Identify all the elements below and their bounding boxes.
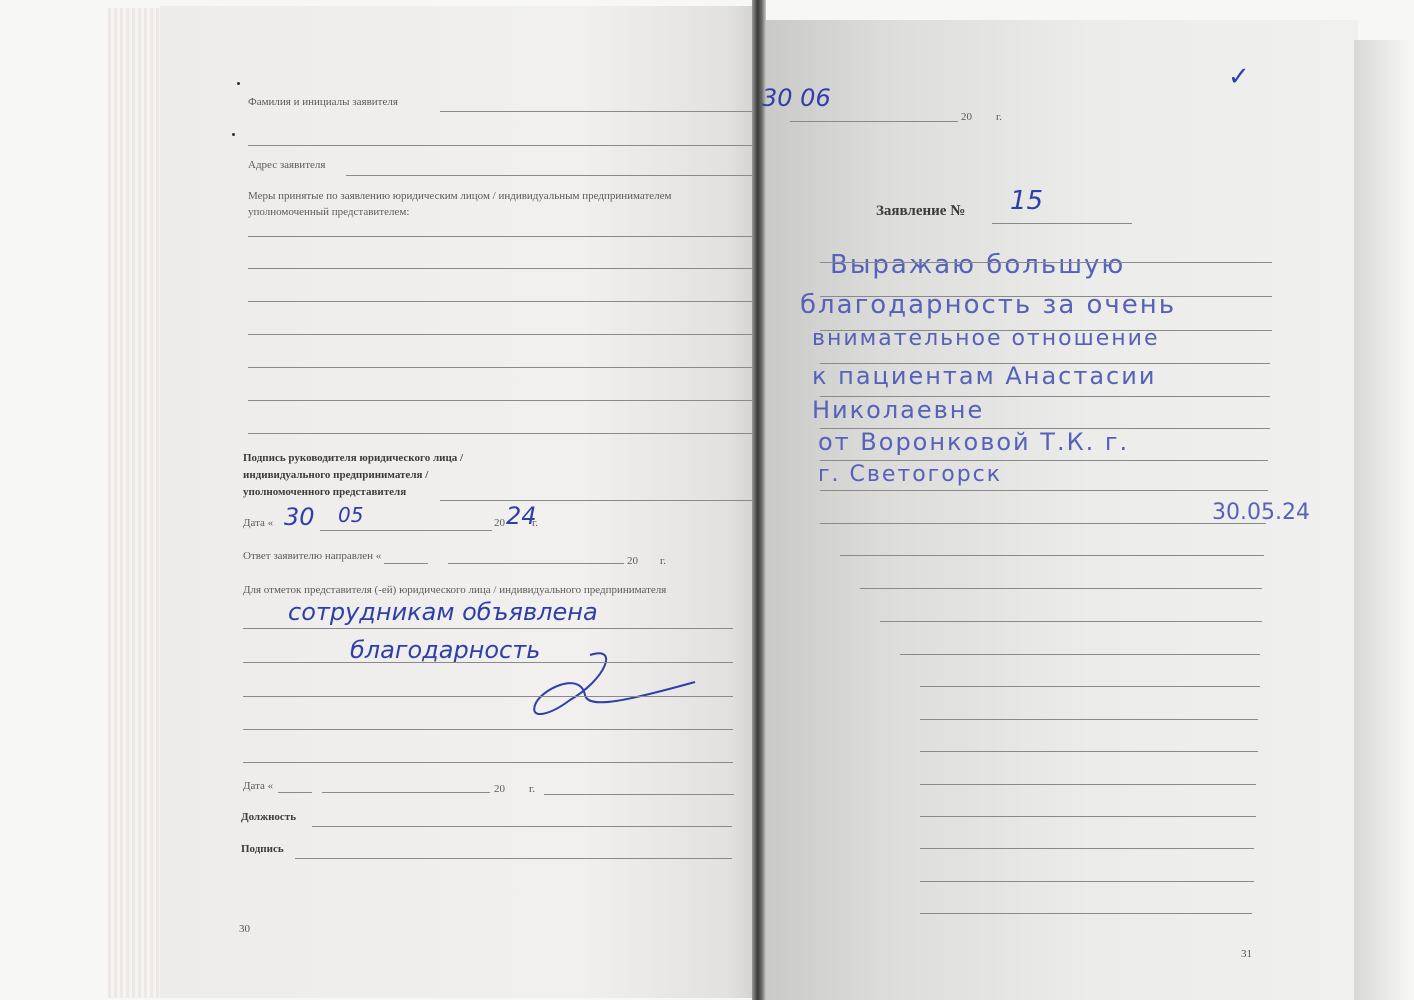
punch-dot [237,82,240,85]
signature-label: Подпись [241,843,284,855]
measures-line[interactable] [248,268,752,269]
marks-line[interactable] [243,762,733,763]
statement-line[interactable] [900,654,1260,655]
head-signature-field[interactable] [440,500,752,501]
statement-line[interactable] [820,262,1272,263]
page-stack-edge [108,8,168,998]
statement-number-handwritten: 15 [1010,186,1043,216]
measures-label: Меры принятые по заявлению юридическим л… [248,190,672,202]
head-signature-label-2: индивидуального предпринимателя / [243,469,428,481]
top-date-handwritten: 30 06 [762,84,831,112]
page-number-left: 30 [239,923,250,935]
statement-line[interactable] [820,490,1268,491]
book-spine [752,0,766,1000]
statement-line[interactable] [840,555,1264,556]
marks-line[interactable] [243,662,733,663]
page-number-right: 31 [1241,948,1252,960]
reply-day-field[interactable] [384,563,428,564]
statement-line-2: благодарность за очень [800,290,1176,320]
statement-line[interactable] [820,330,1272,331]
handwritten-signature [510,640,710,725]
date2-month-field[interactable] [322,792,490,793]
reply-month-field[interactable] [448,563,624,564]
signature-field[interactable] [295,858,732,859]
date2-extra-field[interactable] [544,794,734,795]
top-date-field[interactable] [790,121,958,122]
statement-line-5: Николаевне [812,396,984,424]
measures-line[interactable] [248,301,752,302]
measures-line[interactable] [248,433,752,434]
measures-line[interactable] [248,367,752,368]
statement-line[interactable] [920,816,1256,817]
applicant-address-label: Адрес заявителя [248,159,325,171]
statement-date: 30.05.24 [1212,500,1310,525]
check-mark-icon: ✓ [1228,62,1250,92]
statement-line[interactable] [820,460,1268,461]
date2-label: Дата « [243,780,273,792]
statement-number-field[interactable] [992,223,1132,224]
statement-line[interactable] [920,913,1252,914]
statement-line[interactable] [820,363,1270,364]
statement-line-4: к пациентам Анастасии [812,362,1156,390]
date-suffix: г. [532,517,538,529]
measures-line[interactable] [248,236,752,237]
head-signature-label-3: уполномоченного представителя [243,486,406,498]
statement-line-1: Выражаю большую [830,250,1125,280]
statement-line[interactable] [820,523,1266,524]
statement-line[interactable] [820,396,1270,397]
right-page-edge [1354,40,1414,1000]
reply-year-suffix: г. [660,555,666,567]
date-month-handwritten: 05 [338,503,363,527]
top-year-suffix: г. [996,111,1002,123]
statement-label: Заявление № [876,203,965,220]
measures-line[interactable] [248,400,752,401]
date-month-field[interactable] [320,530,492,531]
date-label: Дата « [243,517,273,529]
date2-suffix: г. [529,783,535,795]
applicant-name-field[interactable] [440,111,752,112]
reply-sent-label: Ответ заявителю направлен « [243,550,381,562]
measures-label-2: уполномоченный представителем: [248,206,409,218]
statement-line[interactable] [920,848,1254,849]
position-label: Должность [241,811,296,823]
marks-line[interactable] [243,628,733,629]
date2-day-field[interactable] [278,792,312,793]
marks-line[interactable] [243,696,733,697]
statement-line[interactable] [920,686,1260,687]
marks-label: Для отметок представителя (-ей) юридичес… [243,584,666,596]
date2-year-prefix: 20 [494,783,505,795]
applicant-address-field[interactable] [346,175,752,176]
statement-line[interactable] [920,751,1258,752]
statement-line[interactable] [860,588,1262,589]
statement-line[interactable] [820,428,1270,429]
date-year-prefix: 20 [494,517,505,529]
date-day-handwritten: 30 [284,503,315,531]
marks-line[interactable] [243,729,733,730]
statement-line[interactable] [920,784,1256,785]
statement-line-7: г. Светогорск [818,462,1002,487]
head-signature-label: Подпись руководителя юридического лица / [243,452,463,464]
statement-line[interactable] [820,296,1272,297]
reply-year-prefix: 20 [627,555,638,567]
applicant-name-label: Фамилия и инициалы заявителя [248,96,398,108]
top-year-prefix: 20 [961,111,972,123]
statement-line[interactable] [920,719,1258,720]
position-field[interactable] [312,826,732,827]
applicant-name-field-2[interactable] [248,145,752,146]
statement-line-6: от Воронковой Т.К. г. [818,428,1129,456]
punch-dot [232,133,235,136]
statement-line[interactable] [880,621,1262,622]
measures-line[interactable] [248,334,752,335]
marks-handwritten-1: сотрудникам объявлена [288,598,598,626]
statement-line[interactable] [920,881,1254,882]
